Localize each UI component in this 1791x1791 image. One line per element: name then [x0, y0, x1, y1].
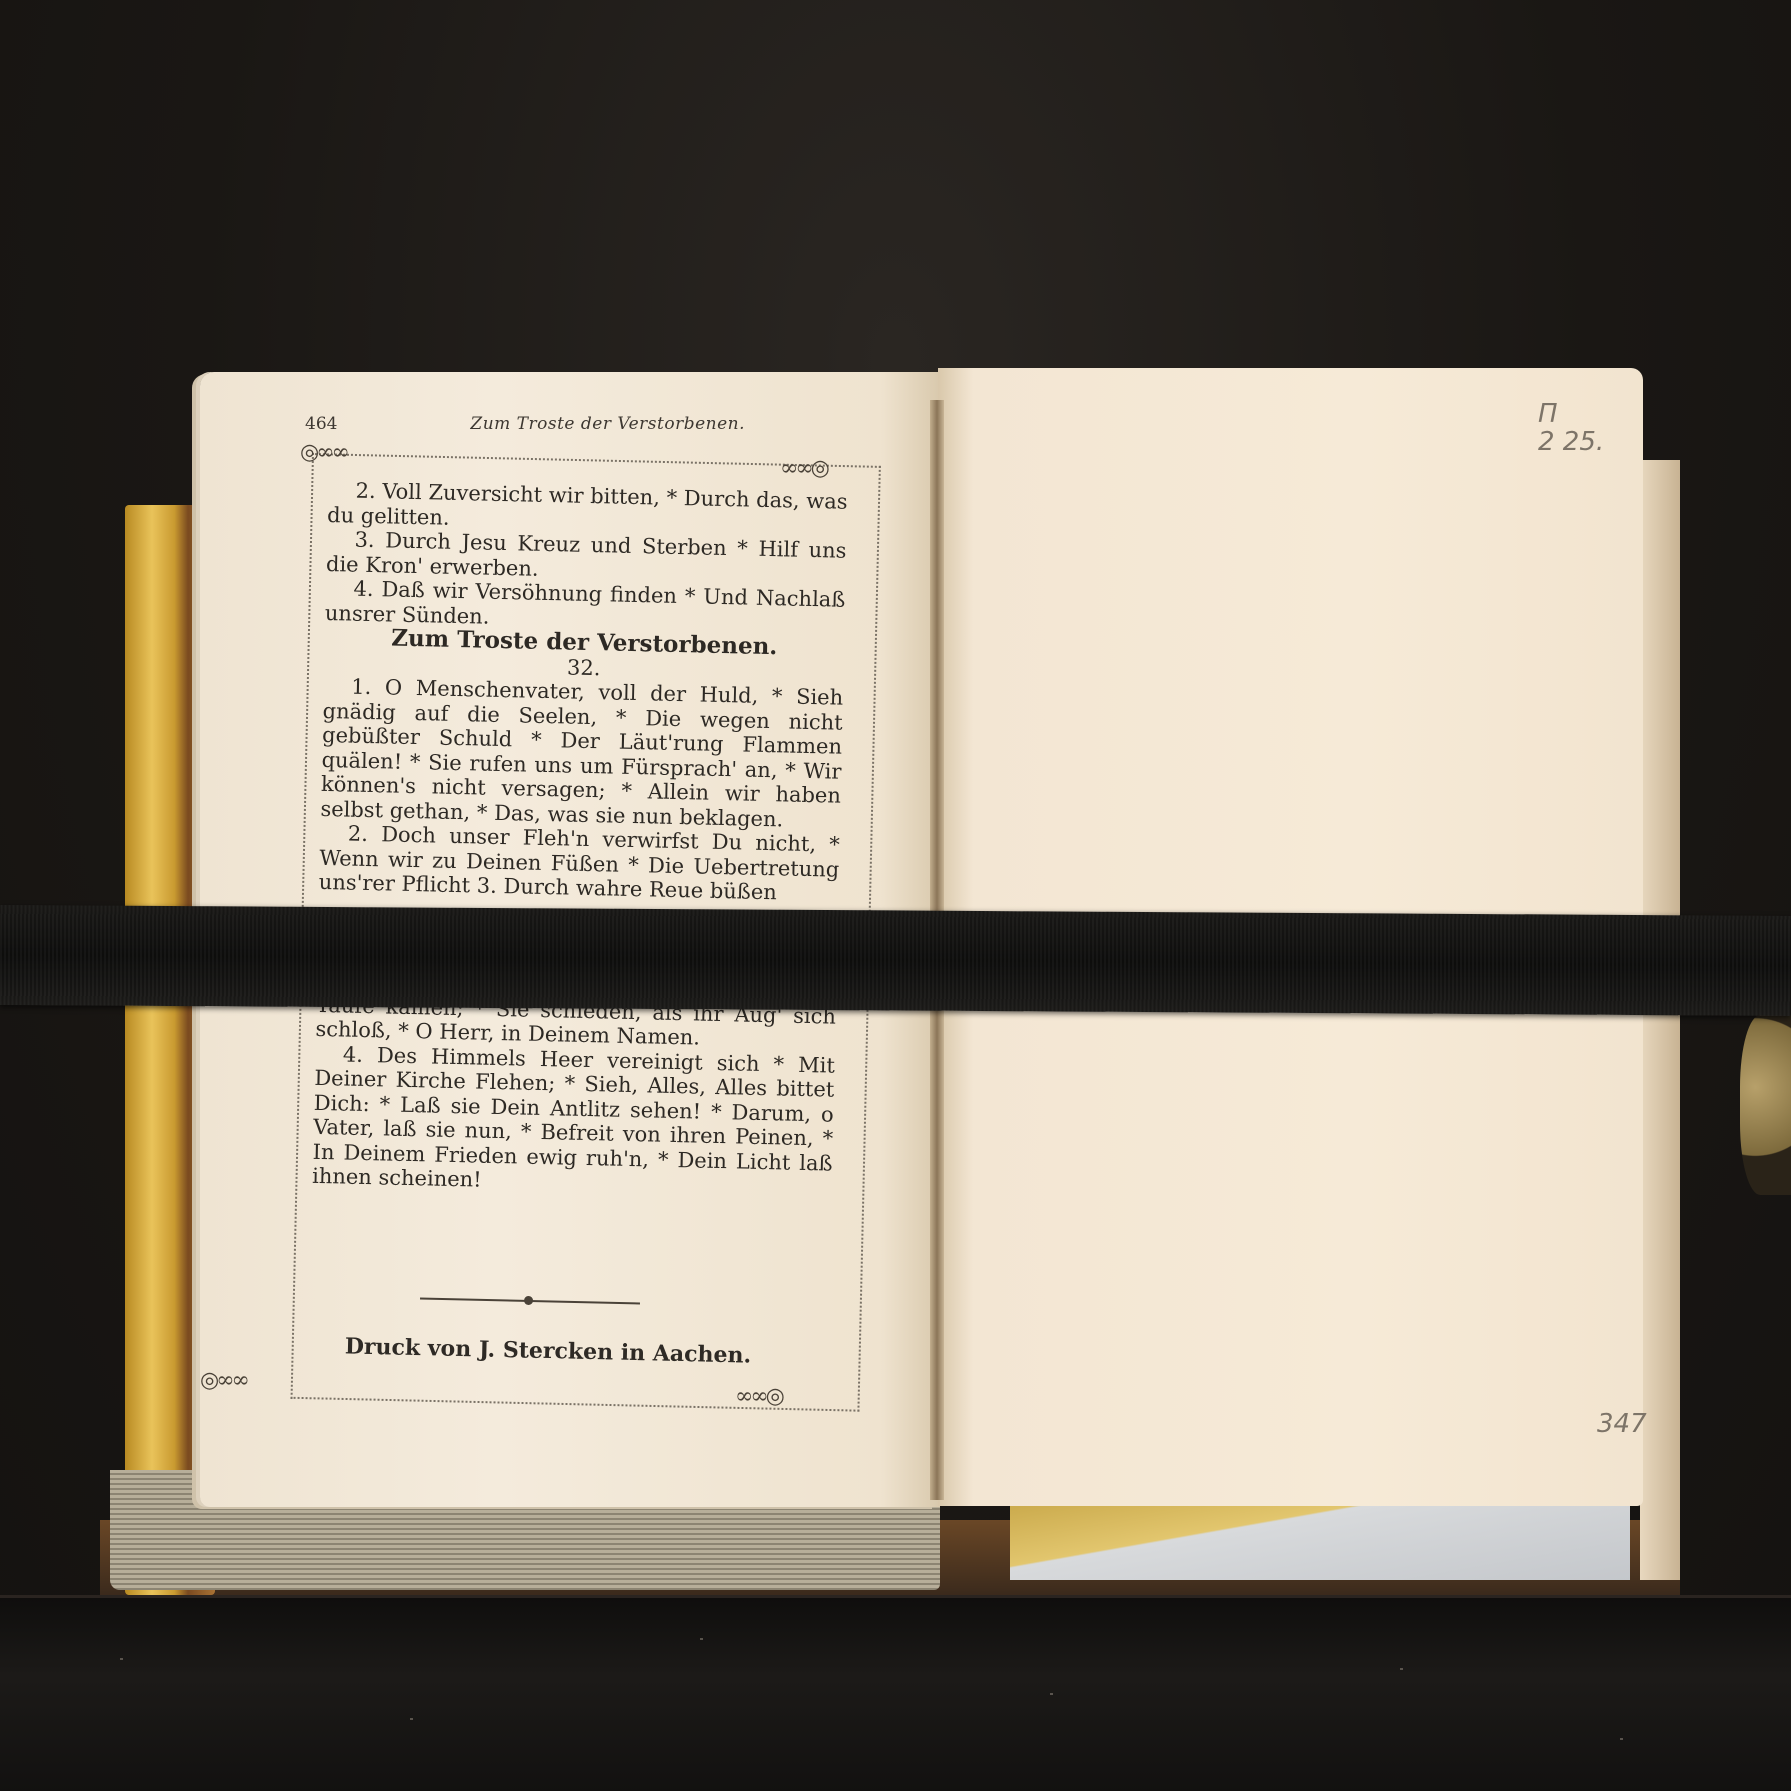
- corner-ornament-icon: ◎∞∞: [300, 440, 347, 465]
- pencil-note-top: Π 2 25.: [1538, 400, 1604, 456]
- pencil-mark: 2 25.: [1538, 428, 1604, 456]
- corner-ornament-icon: ∞∞◎: [780, 456, 827, 481]
- hymn-text: 2. Voll Zuversicht wir bitten, * Durch d…: [312, 478, 848, 1200]
- page-number: 464: [305, 414, 337, 434]
- verse: 1. O Menschenvater, voll der Huld, * Sie…: [320, 674, 843, 833]
- table-edge: [0, 1595, 1791, 1791]
- running-head-title: Zum Troste der Verstorbenen.: [470, 414, 745, 434]
- verse: 2. Doch unser Fleh'n verwirfst Du nicht,…: [319, 821, 841, 906]
- pencil-note-bottom: 347: [1597, 1410, 1647, 1438]
- corner-ornament-icon: ∞∞◎: [735, 1384, 782, 1409]
- elastic-band: [0, 905, 1791, 1016]
- pencil-mark: Π: [1538, 400, 1604, 428]
- verse: 4. Des Himmels Heer vereinigt sich * Mit…: [312, 1041, 835, 1200]
- brass-clasp: [1740, 1015, 1791, 1195]
- gilt-page-edges: [1010, 1500, 1630, 1580]
- corner-ornament-icon: ◎∞∞: [200, 1368, 247, 1393]
- running-head: 464 Zum Troste der Verstorbenen.: [305, 414, 745, 434]
